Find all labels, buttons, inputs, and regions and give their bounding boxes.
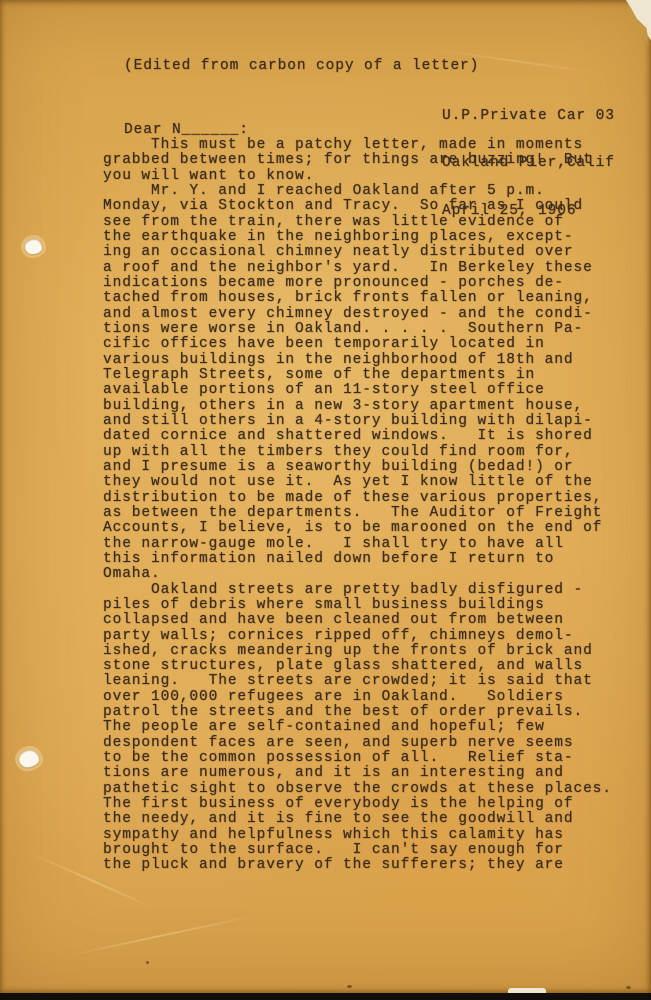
letter-line: leaning. The streets are crowded; it is … — [103, 674, 612, 689]
punch-hole-top — [25, 239, 42, 254]
letter-body: This must be a patchy letter, made in mo… — [103, 138, 612, 874]
letter-line: piles of debris where small business bui… — [103, 598, 612, 613]
letter-line: the earthquake in the neighboring places… — [103, 230, 612, 245]
letter-line: available portions of an 11-story steel … — [103, 383, 612, 398]
paper-speck — [146, 961, 149, 964]
letter-line: Oakland streets are pretty badly disfigu… — [103, 583, 612, 598]
letter-line: Accounts, I believe, is to be marooned o… — [103, 521, 612, 536]
letter-line: see from the train, there was little evi… — [103, 215, 612, 230]
letter-line: tions are numerous, and it is an interes… — [103, 766, 612, 781]
letter-line: grabbed between times; for things are bu… — [103, 153, 612, 168]
letter-line: as between the departments. The Auditor … — [103, 506, 612, 521]
letter-line: The people are self-contained and hopefu… — [103, 720, 612, 735]
letter-line: despondent faces are seen, and superb ne… — [103, 736, 612, 751]
letter-line: up with all the timbers they could find … — [103, 445, 612, 460]
letter-line: the narrow-gauge mole. I shall try to ha… — [103, 537, 612, 552]
letter-line: over 100,000 refugees are in Oakland. So… — [103, 690, 612, 705]
letter-line: Mr. Y. and I reached Oakland after 5 p.m… — [103, 184, 612, 199]
letter-line: sympathy and helpfulness which this cala… — [103, 828, 612, 843]
scanned-letter-page: { "letter": { "edited_note": "(Edited fr… — [0, 0, 651, 1000]
letter-line: building, others in a new 3-story apartm… — [103, 399, 612, 414]
paper-speck — [347, 985, 352, 988]
letter-line: they would not use it. As yet I know lit… — [103, 475, 612, 490]
letter-line: the pluck and bravery of the sufferers; … — [103, 858, 612, 873]
edited-note: (Edited from carbon copy of a letter) — [124, 58, 479, 74]
letter-line: distribution to be made of these various… — [103, 491, 612, 506]
letter-line: the needy, and it is fine to see the goo… — [103, 812, 612, 827]
scan-edge-strip — [0, 993, 651, 1000]
letter-line: Telegraph Streets, some of the departmen… — [103, 368, 612, 383]
letter-line: collapsed and have been cleaned out from… — [103, 613, 612, 628]
letter-line: Omaha. — [103, 567, 612, 582]
letter-line: this information nailed down before I re… — [103, 552, 612, 567]
letter-paper: (Edited from carbon copy of a letter) U.… — [0, 0, 651, 993]
letter-line: tached from houses, brick fronts fallen … — [103, 291, 612, 306]
letter-line: a roof and the neighbor's yard. In Berke… — [103, 261, 612, 276]
letter-line: various buildings in the neighborhood of… — [103, 353, 612, 368]
punch-hole-bottom — [18, 749, 40, 769]
letter-line: you will want to know. — [103, 169, 612, 184]
letter-line: tions were worse in Oakland. . . . . Sou… — [103, 322, 612, 337]
letter-line: and still others in a 4-story building w… — [103, 414, 612, 429]
letter-line: and I presume is a seaworthy building (b… — [103, 460, 612, 475]
torn-corner — [613, 0, 651, 52]
letter-line: ing an occasional chimney neatly distrib… — [103, 245, 612, 260]
letter-line: dated cornice and shattered windows. It … — [103, 429, 612, 444]
heading-line-railcar: U.P.Private Car 03 — [442, 109, 615, 124]
letter-line: party walls; cornices ripped off, chimne… — [103, 629, 612, 644]
letter-line: Monday, via Stockton and Tracy. So far a… — [103, 199, 612, 214]
letter-line: cific offices have been temporarily loca… — [103, 337, 612, 352]
paper-crease — [62, 914, 258, 958]
letter-line: ished, cracks meandering up the fronts o… — [103, 644, 612, 659]
salutation: Dear N______: — [124, 122, 249, 138]
paper-speck — [626, 986, 631, 989]
letter-line: indications became more pronounced - por… — [103, 276, 612, 291]
letter-line: and almost every chimney destroyed - and… — [103, 307, 612, 322]
letter-line: pathetic sight to observe the crowds at … — [103, 782, 612, 797]
